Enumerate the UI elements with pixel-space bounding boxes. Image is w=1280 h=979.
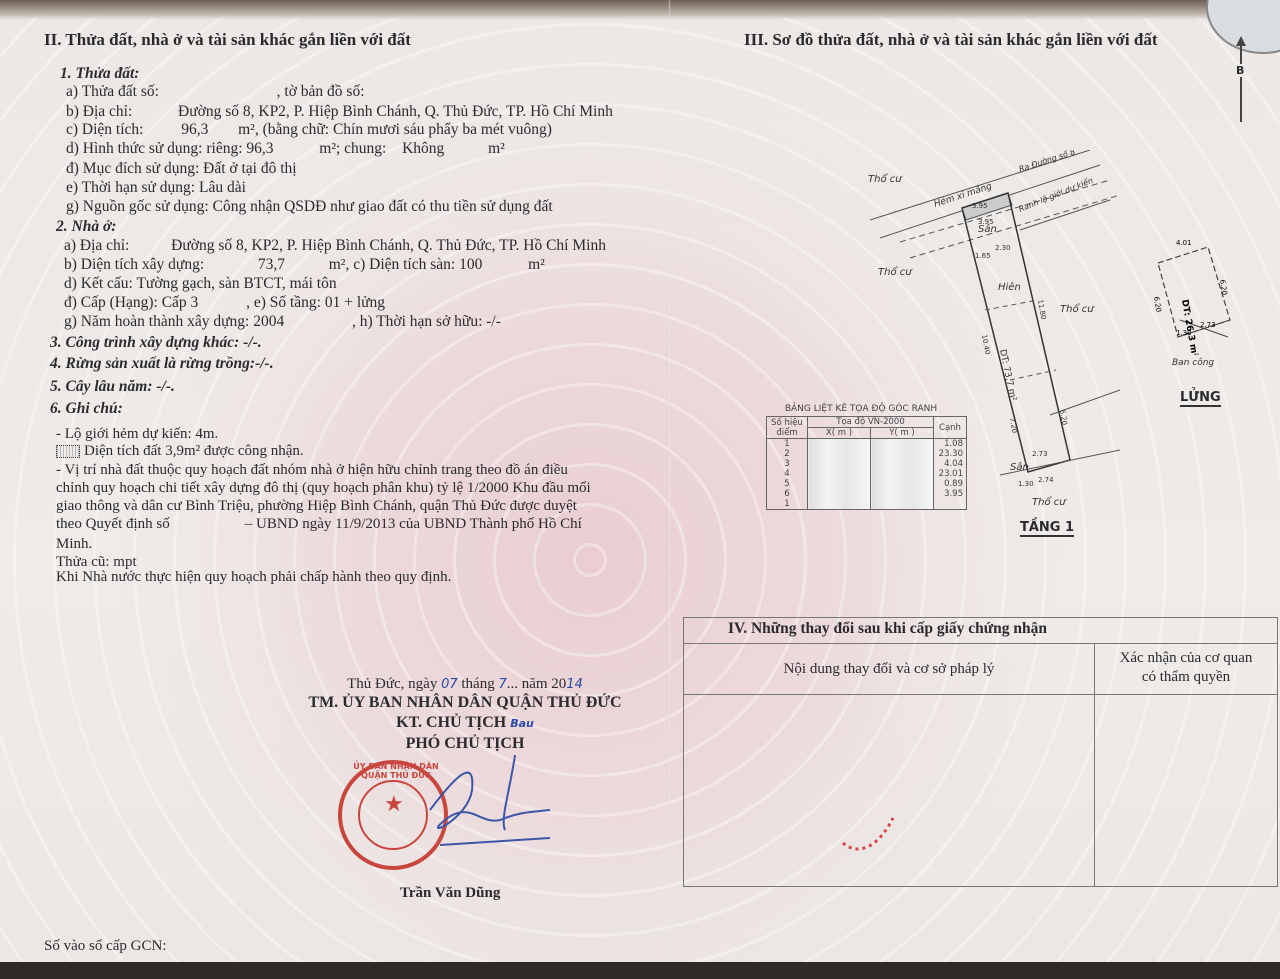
page-fold bbox=[668, 0, 671, 962]
point-id: 5 bbox=[767, 479, 808, 489]
date-month: 7 bbox=[498, 677, 506, 692]
floor-area-unit: m² bbox=[528, 256, 545, 273]
coord-row: 223.30 bbox=[767, 449, 967, 459]
coord-row: 50.89 bbox=[767, 479, 967, 489]
confirm-line2: có thẩm quyền bbox=[1095, 668, 1277, 687]
edge-length: 23.30 bbox=[934, 449, 967, 459]
photo-edge-bottom bbox=[0, 962, 1280, 979]
usage-form-label: d) Hình thức sử dụng: riêng: bbox=[66, 140, 243, 157]
dimension: 10.40 bbox=[980, 334, 991, 355]
y-coord-redacted bbox=[871, 469, 934, 479]
term-row: e) Thời hạn sử dụng: Lâu dài bbox=[66, 179, 246, 197]
col-edge: Cạnh bbox=[934, 417, 967, 439]
road-label: Ra Đường số 8 bbox=[1018, 150, 1077, 174]
note-line: theo Quyết định số – UBND ngày 11/9/2013… bbox=[56, 515, 582, 533]
y-coord-redacted bbox=[871, 499, 934, 510]
forest: 4. Rừng sản xuất là rừng trồng:-/-. bbox=[50, 355, 274, 373]
note-line: Minh. bbox=[56, 535, 92, 553]
land-address-value: Đường số 8, KP2, P. Hiệp Bình Chánh, Q. … bbox=[178, 103, 613, 120]
y-coord-redacted bbox=[871, 489, 934, 499]
neighbor-label: Thổ cư bbox=[868, 172, 903, 185]
star-emblem-icon: ★ bbox=[384, 792, 404, 817]
point-id: 4 bbox=[767, 469, 808, 479]
north-label: B bbox=[1236, 64, 1244, 77]
edge-length: 3.95 bbox=[934, 489, 967, 499]
neighbor-label: Thổ cư bbox=[1032, 495, 1067, 508]
x-coord-redacted bbox=[808, 459, 871, 469]
dimension: 2.73 bbox=[1200, 321, 1216, 329]
notes-heading: 6. Ghi chú: bbox=[50, 400, 123, 418]
edge-length: 1.08 bbox=[934, 439, 967, 450]
x-coord-redacted bbox=[808, 489, 871, 499]
changes-header-row: Nội dung thay đổi và cơ sở pháp lý Xác n… bbox=[684, 644, 1277, 695]
y-coord-redacted bbox=[871, 459, 934, 469]
x-coord-redacted bbox=[808, 449, 871, 459]
term-value: Lâu dài bbox=[199, 179, 246, 196]
section-ii-title: II. Thửa đất, nhà ở và tài sản khác gắn … bbox=[44, 30, 411, 50]
land-address-row: b) Địa chỉ: Đường số 8, KP2, P. Hiệp Bìn… bbox=[66, 103, 613, 121]
parcel-no-label: a) Thửa đất số: bbox=[66, 83, 159, 100]
coord-row: 423.01 bbox=[767, 469, 967, 479]
date-day: 07 bbox=[441, 677, 458, 692]
parcel-no-row: a) Thửa đất số: , tờ bản đồ số: bbox=[66, 83, 365, 101]
origin-label: g) Nguồn gốc sử dụng: bbox=[66, 198, 209, 215]
dimension: 2.73 bbox=[1032, 450, 1048, 458]
y-coord-redacted bbox=[871, 439, 934, 450]
hatch-legend-icon bbox=[56, 445, 80, 458]
neighbor-label: Thổ cư bbox=[1060, 302, 1095, 315]
grade-value: Cấp 3 bbox=[162, 294, 199, 311]
issue-date: Thủ Đức, ngày 07 tháng 7... năm 2014 bbox=[290, 676, 640, 693]
land-area-label: c) Diện tích: bbox=[66, 121, 143, 138]
dimension: 3.95 bbox=[972, 202, 988, 210]
note-line: Diện tích đất 3,9m² được công nhận. bbox=[56, 442, 304, 460]
coord-table-title: BẢNG LIỆT KÊ TỌA ĐỘ GÓC RANH bbox=[766, 404, 956, 414]
dimension: 1.65 bbox=[975, 252, 991, 260]
house-address-label: a) Địa chỉ: bbox=[64, 237, 129, 254]
balcony-label: Ban công bbox=[1172, 358, 1214, 368]
term-label: e) Thời hạn sử dụng: bbox=[66, 179, 195, 196]
date-month-label: tháng bbox=[461, 676, 494, 692]
changes-title: IV. Những thay đổi sau khi cấp giấy chứn… bbox=[684, 618, 1277, 644]
dimension: 4.01 bbox=[1176, 239, 1192, 247]
y-coord-redacted bbox=[871, 479, 934, 489]
purpose-label: đ) Mục đích sử dụng: bbox=[66, 160, 199, 177]
point-id: 3 bbox=[767, 459, 808, 469]
issuer-role: KT. CHỦ TỊCH bbox=[396, 714, 506, 731]
edge-length bbox=[934, 499, 967, 510]
changes-table: IV. Những thay đổi sau khi cấp giấy chứn… bbox=[683, 617, 1278, 887]
issuer-org: TM. ỦY BAN NHÂN DÂN QUẬN THỦ ĐỨC bbox=[290, 693, 640, 713]
dimension: 2.74 bbox=[1038, 476, 1054, 484]
x-coord-redacted bbox=[808, 439, 871, 450]
ownership-term-label: , h) Thời hạn sở hữu: bbox=[352, 313, 482, 330]
coord-row: 34.04 bbox=[767, 459, 967, 469]
land-area-words: m², (bằng chữ: Chín mươi sáu phẩy ba mét… bbox=[238, 121, 552, 138]
point-id: 1 bbox=[767, 499, 808, 510]
col-x: X( m ) bbox=[808, 428, 871, 439]
col-coord: Tọa độ VN-2000 bbox=[808, 417, 934, 428]
x-coord-redacted bbox=[808, 499, 871, 510]
ownership-term-value: -/- bbox=[486, 313, 501, 330]
dimension: 6.20 bbox=[1218, 279, 1229, 296]
y-coord-redacted bbox=[871, 449, 934, 459]
note-line: - Vị trí nhà đất thuộc quy hoạch đất nhó… bbox=[56, 461, 568, 479]
land-address-label: b) Địa chỉ: bbox=[66, 103, 132, 120]
dimension: 2.30 bbox=[995, 244, 1011, 252]
col-y: Y( m ) bbox=[871, 428, 934, 439]
coord-row: 63.95 bbox=[767, 489, 967, 499]
perennial: 5. Cây lâu năm: -/-. bbox=[50, 378, 175, 396]
house-address-value: Đường số 8, KP2, P. Hiệp Bình Chánh, Q. … bbox=[171, 237, 606, 254]
north-arrow-icon bbox=[1240, 42, 1242, 122]
build-area-row: b) Diện tích xây dựng: 73,7 m², c) Diện … bbox=[64, 256, 545, 274]
handwritten-signature bbox=[400, 750, 560, 860]
date-year: 14 bbox=[566, 677, 583, 692]
date-year-label: năm 20 bbox=[522, 676, 567, 692]
floors-value: 01 + lửng bbox=[325, 294, 385, 311]
point-id: 1 bbox=[767, 439, 808, 450]
purpose-value: Đất ở tại đô thị bbox=[203, 160, 296, 177]
porch-label: Hiên bbox=[998, 281, 1021, 293]
dimension: 3.95 bbox=[978, 218, 994, 226]
point-id: 2 bbox=[767, 449, 808, 459]
usage-private-value: 96,3 bbox=[246, 140, 273, 157]
floors-label: , e) Số tầng: bbox=[246, 294, 321, 311]
build-area-value: 73,7 bbox=[258, 256, 285, 273]
floor-area-value: 100 bbox=[459, 256, 482, 273]
col-point: Số hiệu điểm bbox=[767, 417, 808, 439]
signer-name: Trần Văn Dũng bbox=[400, 885, 500, 902]
grade-label: đ) Cấp (Hạng): bbox=[64, 294, 158, 311]
origin-row: g) Nguồn gốc sử dụng: Công nhận QSDĐ như… bbox=[66, 198, 553, 216]
floor-area-label: m², c) Diện tích sàn: bbox=[329, 256, 455, 273]
year-label: g) Năm hoàn thành xây dựng: bbox=[64, 313, 249, 330]
land-heading: 1. Thửa đất: bbox=[60, 65, 139, 83]
yard-label: Sân bbox=[1010, 461, 1029, 473]
other-works: 3. Công trình xây dựng khác: -/-. bbox=[50, 334, 262, 352]
photo-edge-top bbox=[0, 0, 1280, 20]
dimension: 7.20 bbox=[1008, 417, 1019, 434]
area-label: DT: 73,7 m² bbox=[997, 349, 1018, 403]
dimension: 1.30 bbox=[1018, 480, 1034, 488]
note-line: - Lộ giới hẻm dự kiến: 4m. bbox=[56, 425, 218, 443]
x-coord-redacted bbox=[808, 479, 871, 489]
year-row: g) Năm hoàn thành xây dựng: 2004 , h) Th… bbox=[64, 313, 501, 331]
changes-col-confirm: Xác nhận của cơ quan có thẩm quyền bbox=[1094, 644, 1277, 694]
note-line: chỉnh quy hoạch chi tiết xây dựng đô thị… bbox=[56, 479, 591, 497]
mezzanine-title: LỬNG bbox=[1180, 390, 1221, 407]
initials: Bau bbox=[510, 717, 534, 730]
dimension: 6.20 bbox=[1058, 409, 1069, 426]
boundary-label: Ranh lộ giới dự kiến bbox=[1017, 175, 1094, 214]
note-line: giao thông và dân cư Bình Triệu, phường … bbox=[56, 497, 577, 515]
dimension: 11.80 bbox=[1036, 299, 1047, 320]
edge-length: 23.01 bbox=[934, 469, 967, 479]
build-area-label: b) Diện tích xây dựng: bbox=[64, 256, 204, 273]
issuer-role-row: KT. CHỦ TỊCH Bau bbox=[290, 713, 640, 734]
area-label: DT: 26,3 m² bbox=[1179, 299, 1199, 355]
usage-shared-unit: m² bbox=[488, 140, 505, 157]
stamp-ink-mark bbox=[838, 808, 908, 858]
mezzanine-plan: 4.01 6.20 6.20 2.73 1.30 DT: 26,3 m² bbox=[1140, 225, 1250, 355]
map-sheet-label: , tờ bản đồ số: bbox=[277, 83, 365, 100]
x-coord-redacted bbox=[808, 469, 871, 479]
dimension: 6.20 bbox=[1152, 296, 1163, 313]
confirm-line1: Xác nhận của cơ quan bbox=[1095, 649, 1277, 668]
structure-row: d) Kết cấu: Tường gạch, sàn BTCT, mái tô… bbox=[64, 275, 337, 293]
edge-length: 4.04 bbox=[934, 459, 967, 469]
year-value: 2004 bbox=[253, 313, 284, 330]
changes-col-content: Nội dung thay đổi và cơ sở pháp lý bbox=[684, 644, 1094, 694]
point-id: 6 bbox=[767, 489, 808, 499]
coordinate-table: BẢNG LIỆT KÊ TỌA ĐỘ GÓC RANH Số hiệu điể… bbox=[766, 404, 967, 510]
purpose-row: đ) Mục đích sử dụng: Đất ở tại đô thị bbox=[66, 160, 297, 178]
house-heading: 2. Nhà ở: bbox=[56, 218, 116, 236]
origin-value: Công nhận QSDĐ như giao đất có thu tiền … bbox=[213, 198, 553, 215]
coord-table-grid: Số hiệu điểm Tọa độ VN-2000 Cạnh X( m ) … bbox=[766, 416, 967, 510]
edge-length: 0.89 bbox=[934, 479, 967, 489]
column-divider bbox=[1094, 694, 1095, 886]
land-area-row: c) Diện tích: 96,3 m², (bằng chữ: Chín m… bbox=[66, 121, 552, 139]
coord-row: 1 bbox=[767, 499, 967, 510]
register-label: Số vào sổ cấp GCN: bbox=[44, 937, 167, 955]
section-iii-title: III. Sơ đồ thửa đất, nhà ở và tài sản kh… bbox=[744, 30, 1158, 50]
note-line: Khi Nhà nước thực hiện quy hoạch phải ch… bbox=[56, 568, 451, 586]
structure-label: d) Kết cấu: bbox=[64, 275, 133, 292]
land-area-value: 96,3 bbox=[181, 121, 208, 138]
house-address-row: a) Địa chỉ: Đường số 8, KP2, P. Hiệp Bìn… bbox=[64, 237, 606, 255]
grade-row: đ) Cấp (Hạng): Cấp 3 , e) Số tầng: 01 + … bbox=[64, 294, 385, 312]
usage-form-row: d) Hình thức sử dụng: riêng: 96,3 m²; ch… bbox=[66, 140, 505, 158]
note-text: Diện tích đất 3,9m² được công nhận. bbox=[84, 443, 304, 459]
usage-shared-value: Không bbox=[402, 140, 444, 157]
date-prefix: Thủ Đức, ngày bbox=[347, 676, 437, 692]
coord-row: 11.08 bbox=[767, 439, 967, 450]
usage-shared-label: m²; chung: bbox=[319, 140, 386, 157]
structure-value: Tường gạch, sàn BTCT, mái tôn bbox=[136, 275, 336, 292]
neighbor-label: Thổ cư bbox=[878, 265, 913, 278]
floor1-title: TẦNG 1 bbox=[1020, 520, 1074, 537]
signature-block: Thủ Đức, ngày 07 tháng 7... năm 2014 TM.… bbox=[290, 676, 640, 754]
